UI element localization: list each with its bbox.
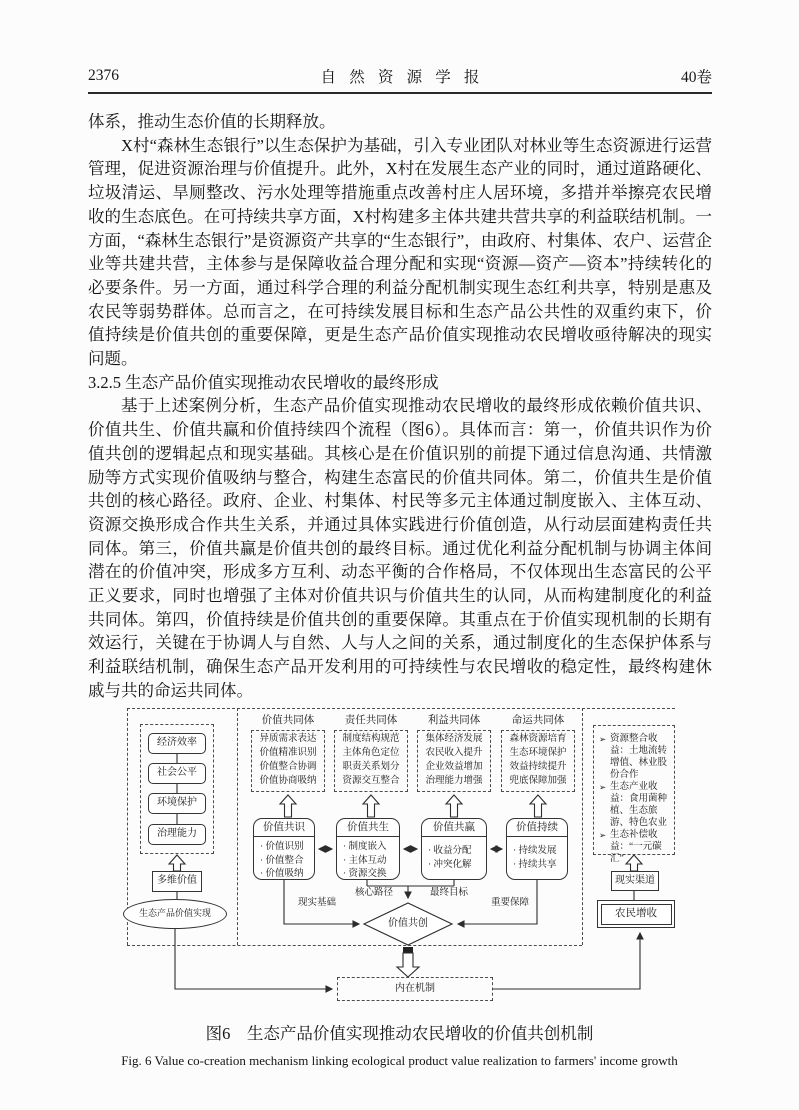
benefit-item: 资源整合收益：土地流转增值、林业股份合作 [597,733,671,781]
process-bullets: 价值识别 价值整合 价值吸纳 [254,837,314,882]
figure-caption-en: Fig. 6 Value co-creation mechanism linki… [0,1053,799,1069]
benefit-list-box: 资源整合收益：土地流转增值、林业股份合作 生态产业收益：食用菌种植、生态旅游、特… [593,725,675,855]
inner-mechanism-box: 内在机制 [337,977,493,1001]
process-bullets: 收益分配 冲突化解 [422,837,486,872]
process-bullets: 持续发展 持续共享 [507,837,567,872]
process-bullet: 价值整合 [260,855,314,869]
list-item: 异质需求表达 [259,734,316,746]
mechanism-to-income-arrow [493,933,640,989]
community-header-interest: 利益共同体 [417,714,491,727]
list-item: 职责关系划分 [342,762,399,774]
figure6-diagram: 经济效率 社会公平 环境保护 治理能力 多维价值 生态产品价值实现 价值共同体 … [0,700,799,1015]
up-arrow-col2 [363,795,379,817]
process-bullet: 价值识别 [260,841,314,855]
ecological-value-realization-ellipse: 生态产品价值实现 [123,899,227,929]
farmers-income-inner-border [601,904,672,925]
list-item: 主体角色定位 [342,748,399,760]
process-title: 价值共赢 [422,819,486,837]
list-item: 价值整合协调 [259,762,316,774]
process-box-sustain: 价值持续 持续发展 持续共享 [506,818,568,880]
up-arrow-left [169,855,185,871]
process-title: 价值持续 [507,819,567,837]
process-box-winwin: 价值共赢 收益分配 冲突化解 [421,818,487,880]
benefit-item: 生态补偿收益：“一元碳汇” [597,829,671,865]
community-header-responsibility: 责任共同体 [334,714,408,727]
journal-page: 2376 自然资源学报 40卷 体系，推动生态价值的长期释放。 X村“森林生态银… [0,0,799,1110]
list-item: 森林资源培育 [509,734,566,746]
ellipse-to-mechanism-arrow [175,929,332,989]
up-arrow-col1 [280,795,296,817]
list-item: 农民收入提升 [425,748,482,760]
process-bullet: 收益分配 [428,845,486,859]
multi-dimensional-value-box: 多维价值 [152,871,202,892]
community-header-value: 价值共同体 [251,714,325,727]
list-item: 制度结构规范 [342,734,399,746]
list-item: 生态环境保护 [509,748,566,760]
community-list-interest: 集体经济发展 农民收入提升 企业效益增加 治理能力增强 [417,730,491,792]
figure-caption-zh: 图6 生态产品价值实现推动农民增收的价值共创机制 [0,1020,799,1044]
relation-label-basis: 现实基础 [291,898,343,910]
journal-title: 自然资源学报 [307,65,492,87]
process-title: 价值共生 [337,819,399,837]
process-bullet: 制度嵌入 [343,841,399,855]
running-head: 2376 自然资源学报 40卷 [88,64,712,88]
process-bullet: 主体互动 [343,855,399,869]
relation-label-goal: 最终目标 [423,888,475,900]
list-item: 效益持续提升 [509,762,566,774]
process-bullet: 持续发展 [513,845,567,859]
up-arrow-col4 [530,795,546,817]
paragraph: 基于上述案例分析，生态产品价值实现推动农民增收的最终形成依赖价值共识、价值共生、… [88,394,712,702]
list-item: 资源交互整合 [342,776,399,788]
paragraph-continued: 体系，推动生态价值的长期释放。 [88,110,712,134]
process-bullets: 制度嵌入 主体互动 资源交换 [337,837,399,882]
process-bullet: 冲突化解 [428,859,486,873]
process-title: 价值共识 [254,819,314,837]
reality-channel-box: 现实渠道 [611,871,659,891]
process-bullet: 资源交换 [343,868,399,882]
list-item: 兜底保障加强 [509,776,566,788]
list-item: 治理能力增强 [425,776,482,788]
community-list-responsibility: 制度结构规范 主体角色定位 职责关系划分 资源交互整合 [334,730,408,792]
process-bullet: 价值吸纳 [260,868,314,882]
dimension-environment: 环境保护 [148,793,206,814]
down-arrow-notch [403,947,413,953]
relation-label-path: 核心路径 [348,888,400,900]
page-number: 2376 [88,67,119,85]
up-arrow-col3 [446,795,462,817]
volume-label: 40卷 [681,65,712,87]
list-item: 价值精准识别 [259,748,316,760]
header-rule [88,92,712,94]
relation-label-guarantee: 重要保障 [484,898,536,910]
diamond-label-cocreation: 价值共创 [378,918,438,931]
list-item: 集体经济发展 [425,734,482,746]
process-bullet: 持续共享 [513,859,567,873]
process-box-consensus: 价值共识 价值识别 价值整合 价值吸纳 [253,818,315,880]
list-item: 企业效益增加 [425,762,482,774]
dimension-economic: 经济效率 [148,733,206,754]
benefit-item: 生态产业收益：食用菌种植、生态旅游、特色农业 [597,781,671,829]
community-list-destiny: 森林资源培育 生态环境保护 效益持续提升 兜底保障加强 [501,730,575,792]
section-heading: 3.2.5 生态产品价值实现推动农民增收的最终形成 [88,371,712,395]
dimension-governance: 治理能力 [148,824,206,845]
down-arrow-big [397,953,419,977]
farmers-income-box: 农民增收 [597,900,675,928]
community-header-destiny: 命运共同体 [501,714,575,727]
process-box-symbiosis: 价值共生 制度嵌入 主体互动 资源交换 [336,818,400,880]
dimension-social: 社会公平 [148,763,206,784]
body-text: 体系，推动生态价值的长期释放。 X村“森林生态银行”以生态保护为基础，引入专业团… [88,110,712,703]
community-list-value: 异质需求表达 价值精准识别 价值整合协调 价值协商吸纳 [251,730,325,792]
paragraph: X村“森林生态银行”以生态保护为基础，引入专业团队对林业等生态资源进行运营管理，… [88,134,712,371]
list-item: 价值协商吸纳 [259,776,316,788]
